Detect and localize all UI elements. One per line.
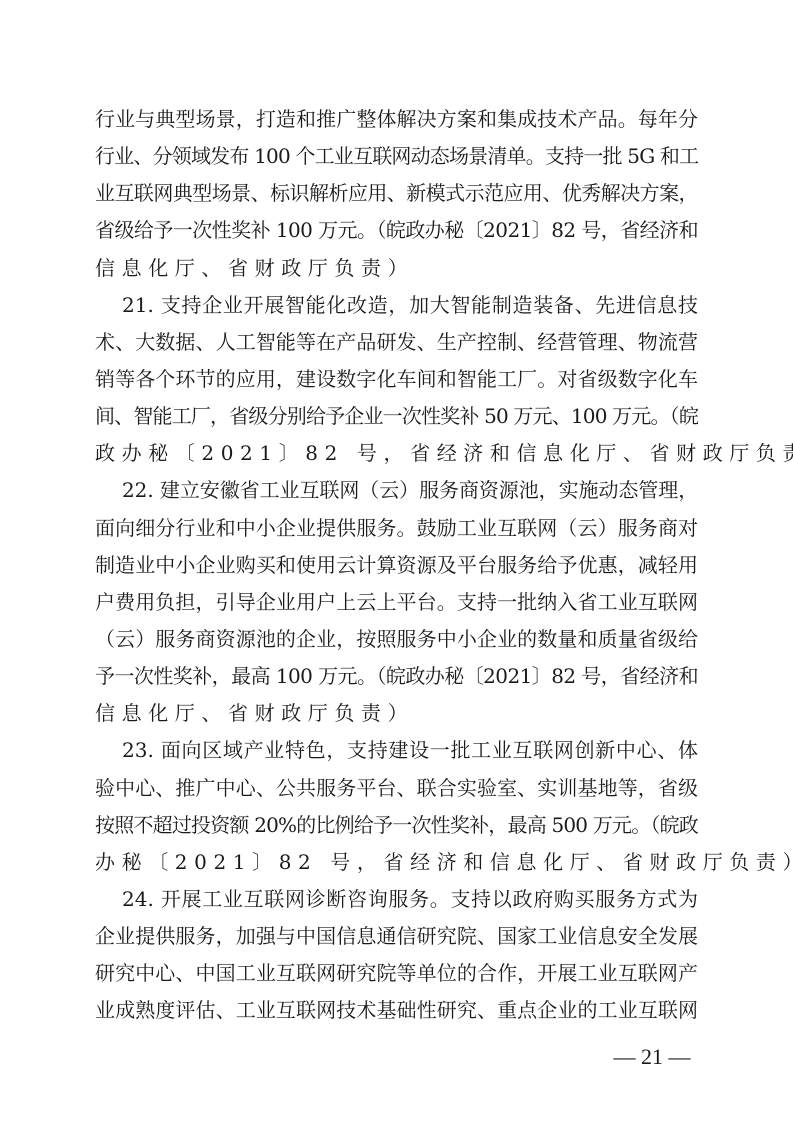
text-line: （云）服务商资源池的企业，按照服务中小企业的数量和质量省级给 <box>95 621 698 658</box>
text-line: 办秘〔2021〕82 号，省经济和信息化厅、省财政厅负责） <box>95 844 698 881</box>
text-line: 术、大数据、人工智能等在产品研发、生产控制、经营管理、物流营 <box>95 324 698 361</box>
paragraph-20-continued: 行业与典型场景，打造和推广整体解决方案和集成技术产品。每年分 行业、分领域发布 … <box>95 101 698 287</box>
paragraph-22: 22. 建立安徽省工业互联网（云）服务商资源池，实施动态管理， 面向细分行业和中… <box>95 472 698 732</box>
text-line: 业成熟度评估、工业互联网技术基础性研究、重点企业的工业互联网 <box>95 992 698 1029</box>
paragraph-24: 24. 开展工业互联网诊断咨询服务。支持以政府购买服务方式为 企业提供服务，加强… <box>95 881 698 1030</box>
text-line: 予一次性奖补，最高 100 万元。（皖政办秘〔2021〕82 号，省经济和 <box>95 658 698 695</box>
paragraph-21: 21. 支持企业开展智能化改造，加大智能制造装备、先进信息技 术、大数据、人工智… <box>95 287 698 473</box>
document-body: 行业与典型场景，打造和推广整体解决方案和集成技术产品。每年分 行业、分领域发布 … <box>95 101 698 1030</box>
text-line: 验中心、推广中心、公共服务平台、联合实验室、实训基地等，省级 <box>95 770 698 807</box>
text-line: 研究中心、中国工业互联网研究院等单位的合作，开展工业互联网产 <box>95 955 698 992</box>
text-line: 行业与典型场景，打造和推广整体解决方案和集成技术产品。每年分 <box>95 101 698 138</box>
page-number: — 21 — <box>612 1044 692 1070</box>
text-line: 面向细分行业和中小企业提供服务。鼓励工业互联网（云）服务商对 <box>95 510 698 547</box>
text-line: 制造业中小企业购买和使用云计算资源及平台服务给予优惠，减轻用 <box>95 547 698 584</box>
text-line: 23. 面向区域产业特色，支持建设一批工业互联网创新中心、体 <box>95 732 698 769</box>
text-line: 24. 开展工业互联网诊断咨询服务。支持以政府购买服务方式为 <box>95 881 698 918</box>
text-line: 信息化厅、省财政厅负责） <box>95 250 698 287</box>
text-line: 省级给予一次性奖补 100 万元。（皖政办秘〔2021〕82 号，省经济和 <box>95 212 698 249</box>
text-line: 间、智能工厂，省级分别给予企业一次性奖补 50 万元、100 万元。（皖 <box>95 398 698 435</box>
text-line: 企业提供服务，加强与中国信息通信研究院、国家工业信息安全发展 <box>95 918 698 955</box>
text-line: 21. 支持企业开展智能化改造，加大智能制造装备、先进信息技 <box>95 287 698 324</box>
paragraph-23: 23. 面向区域产业特色，支持建设一批工业互联网创新中心、体 验中心、推广中心、… <box>95 732 698 881</box>
text-line: 按照不超过投资额 20%的比例给予一次性奖补，最高 500 万元。（皖政 <box>95 807 698 844</box>
text-line: 销等各个环节的应用，建设数字化车间和智能工厂。对省级数字化车 <box>95 361 698 398</box>
text-line: 户费用负担，引导企业用户上云上平台。支持一批纳入省工业互联网 <box>95 584 698 621</box>
text-line: 信息化厅、省财政厅负责） <box>95 695 698 732</box>
text-line: 业互联网典型场景、标识解析应用、新模式示范应用、优秀解决方案， <box>95 175 698 212</box>
text-line: 行业、分领域发布 100 个工业互联网动态场景清单。支持一批 5G 和工 <box>95 138 698 175</box>
text-line: 22. 建立安徽省工业互联网（云）服务商资源池，实施动态管理， <box>95 472 698 509</box>
text-line: 政办秘〔2021〕82 号，省经济和信息化厅、省财政厅负责） <box>95 435 698 472</box>
